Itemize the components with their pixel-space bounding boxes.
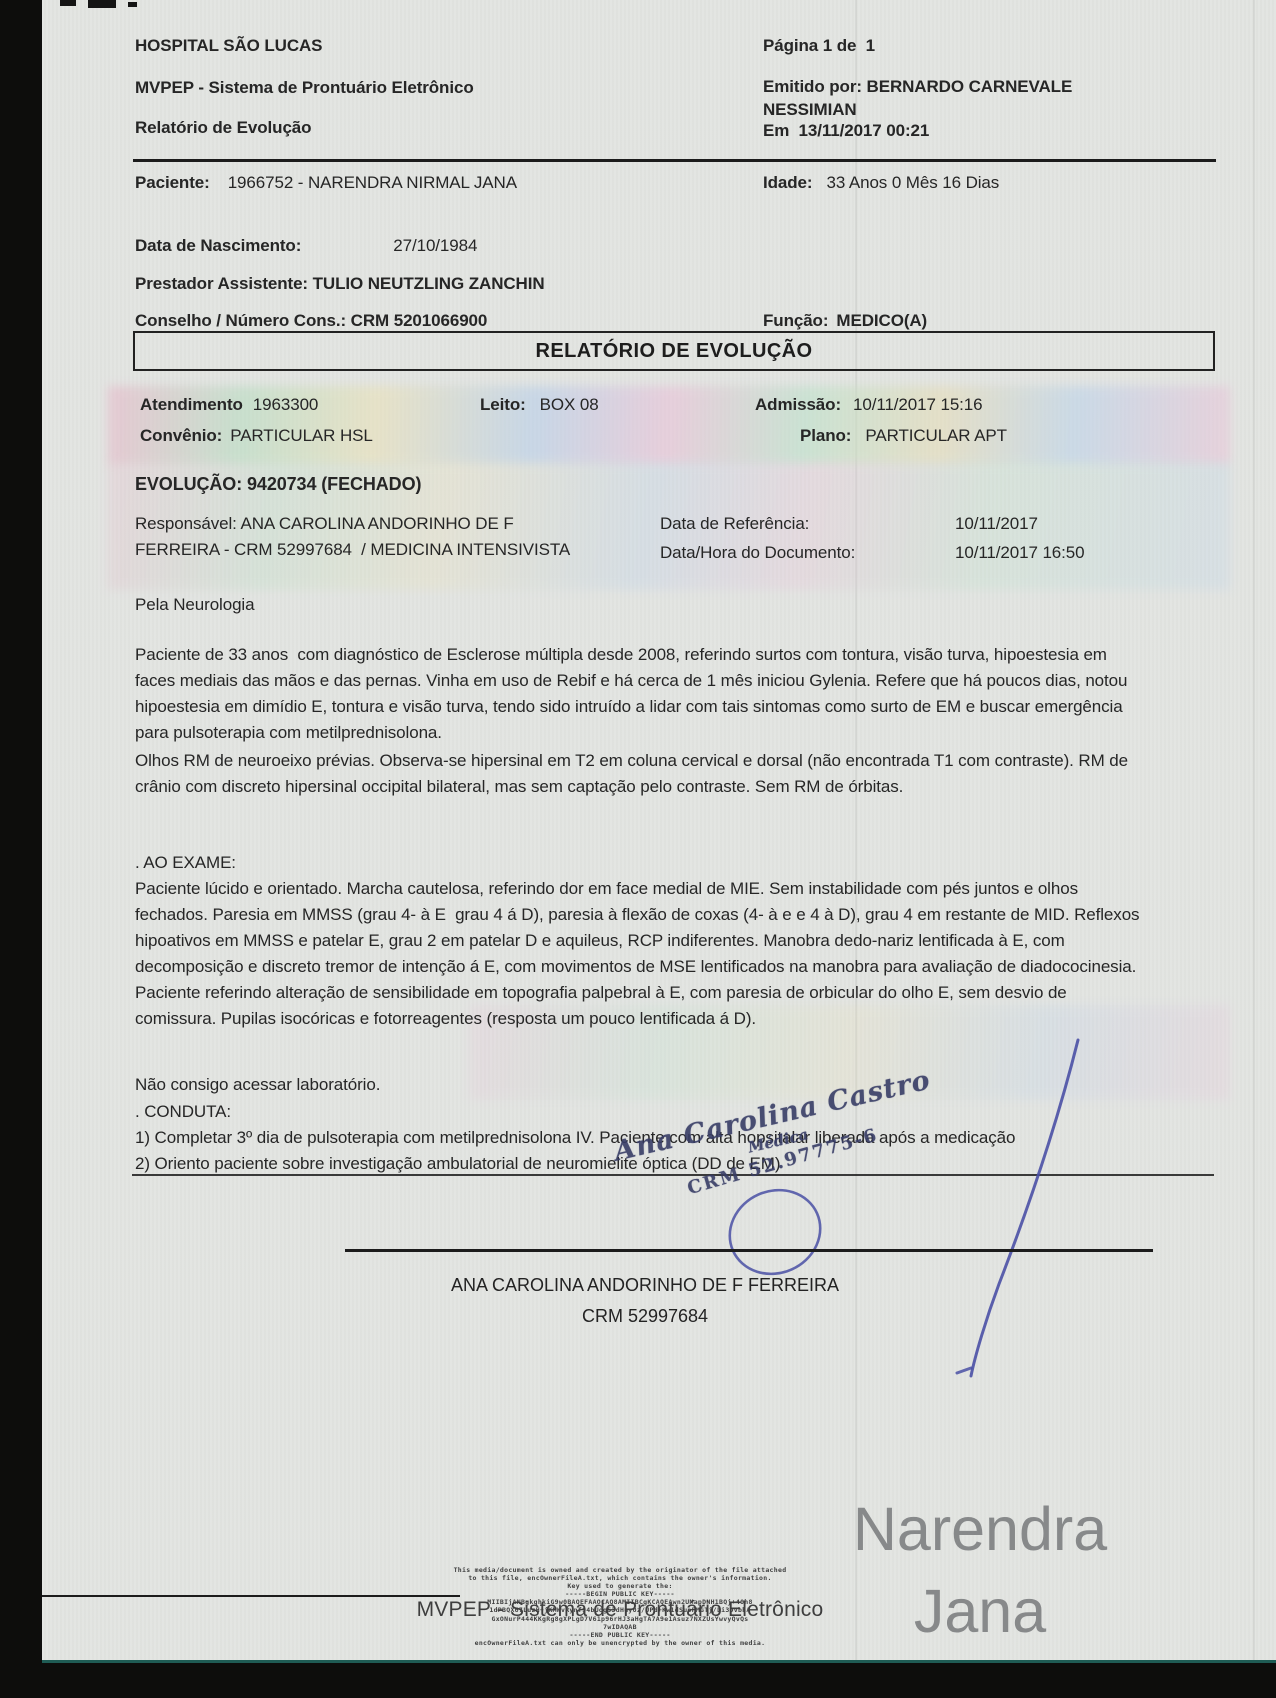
patient-value: 1966752 - NARENDRA NIRMAL JANA	[228, 173, 517, 192]
scan-artifact	[88, 0, 116, 8]
provider-line: Prestador Assistente: TULIO NEUTZLING ZA…	[135, 271, 545, 297]
scan-bottom-edge	[42, 1660, 1276, 1663]
footer-system-name: MVPEP - Sistema de Prontuário Eletrônico	[135, 1598, 1105, 1622]
convenio-value: PARTICULAR HSL	[230, 426, 373, 445]
emitted-by: Emitido por: BERNARDO CARNEVALE NESSIMIA…	[763, 75, 1163, 121]
report-type: Relatório de Evolução	[135, 115, 311, 141]
evolution-heading: EVOLUÇÃO: 9420734 (FECHADO)	[135, 471, 421, 497]
leito-line: Leito:BOX 08	[480, 392, 599, 418]
system-name: MVPEP - Sistema de Prontuário Eletrônico	[135, 75, 474, 101]
body-paragraph-2: Olhos RM de neuroeixo prévias. Observa-s…	[135, 748, 1140, 800]
role-label: Função:	[763, 311, 828, 330]
doc-datetime-value: 10/11/2017 16:50	[955, 540, 1085, 566]
plano-label: Plano:	[800, 426, 851, 445]
dob-value: 27/10/1984	[393, 236, 477, 255]
convenio-line: Convênio:PARTICULAR HSL	[140, 423, 373, 449]
report-title: RELATÓRIO DE EVOLUÇÃO	[536, 340, 813, 363]
convenio-label: Convênio:	[140, 426, 222, 445]
age-value: 33 Anos 0 Mês 16 Dias	[826, 173, 999, 192]
signature-name: ANA CAROLINA ANDORINHO DE F FERREIRA	[345, 1270, 945, 1301]
watermark-line-1: Narendra	[780, 1488, 1180, 1570]
paper-fold-line	[855, 0, 857, 1662]
emitted-at: Em 13/11/2017 00:21	[763, 118, 929, 144]
paper-fold-line	[1253, 0, 1255, 1662]
report-title-box: RELATÓRIO DE EVOLUÇÃO	[133, 331, 1215, 371]
lab-note: Não consigo acessar laboratório.	[135, 1072, 380, 1098]
scan-artifact	[60, 0, 76, 6]
signature-crm: CRM 52997684	[345, 1301, 945, 1332]
body-intro: Pela Neurologia	[135, 592, 254, 618]
signature-rule	[345, 1249, 1153, 1252]
atendimento-line: Atendimento1963300	[140, 392, 318, 418]
plano-line: Plano:PARTICULAR APT	[800, 423, 1007, 449]
age-line: Idade:33 Anos 0 Mês 16 Dias	[763, 170, 999, 196]
admissao-line: Admissão:10/11/2017 15:16	[755, 392, 983, 418]
ref-date-value: 10/11/2017	[955, 511, 1038, 537]
dob-line: Data de Nascimento:27/10/1984	[135, 233, 477, 259]
atendimento-label: Atendimento	[140, 395, 243, 414]
doc-datetime-label: Data/Hora do Documento:	[660, 540, 855, 566]
fineprint-line: This media/document is owned and created…	[135, 1566, 1105, 1574]
age-label: Idade:	[763, 173, 812, 192]
exam-paragraph: Paciente lúcido e orientado. Marcha caut…	[135, 876, 1140, 1032]
fineprint-line: 7wIDAQAB	[135, 1623, 1105, 1631]
fineprint-line: Key used to generate the:	[135, 1582, 1105, 1590]
leito-label: Leito:	[480, 395, 526, 414]
admissao-label: Admissão:	[755, 395, 841, 414]
fineprint-line: to this file, encOwnerFileA.txt, which c…	[135, 1574, 1105, 1582]
body-paragraph-1: Paciente de 33 anos com diagnóstico de E…	[135, 642, 1140, 746]
plano-value: PARTICULAR APT	[865, 426, 1007, 445]
page-number: Página 1 de 1	[763, 33, 875, 59]
scanned-document-page: HOSPITAL SÃO LUCAS MVPEP - Sistema de Pr…	[0, 0, 1276, 1698]
atendimento-value: 1963300	[253, 395, 318, 414]
exam-heading: . AO EXAME:	[135, 850, 236, 876]
fineprint-line: encOwnerFileA.txt can only be unencrypte…	[135, 1639, 1105, 1647]
hospital-name: HOSPITAL SÃO LUCAS	[135, 33, 322, 59]
admissao-value: 10/11/2017 15:16	[853, 395, 983, 414]
responsible: Responsável: ANA CAROLINA ANDORINHO DE F…	[135, 511, 595, 563]
scan-artifact	[128, 2, 137, 7]
patient-label: Paciente:	[135, 173, 210, 192]
dob-label: Data de Nascimento:	[135, 236, 301, 255]
leito-value: BOX 08	[540, 395, 599, 414]
ref-date-label: Data de Referência:	[660, 511, 809, 537]
role-value: MEDICO(A)	[836, 311, 927, 330]
patient-line: Paciente:1966752 - NARENDRA NIRMAL JANA	[135, 170, 517, 196]
fineprint-line: -----END PUBLIC KEY-----	[135, 1631, 1105, 1639]
header-rule	[133, 159, 1216, 162]
signature-block: ANA CAROLINA ANDORINHO DE F FERREIRA CRM…	[345, 1270, 945, 1332]
conduct-heading: . CONDUTA:	[135, 1099, 231, 1125]
